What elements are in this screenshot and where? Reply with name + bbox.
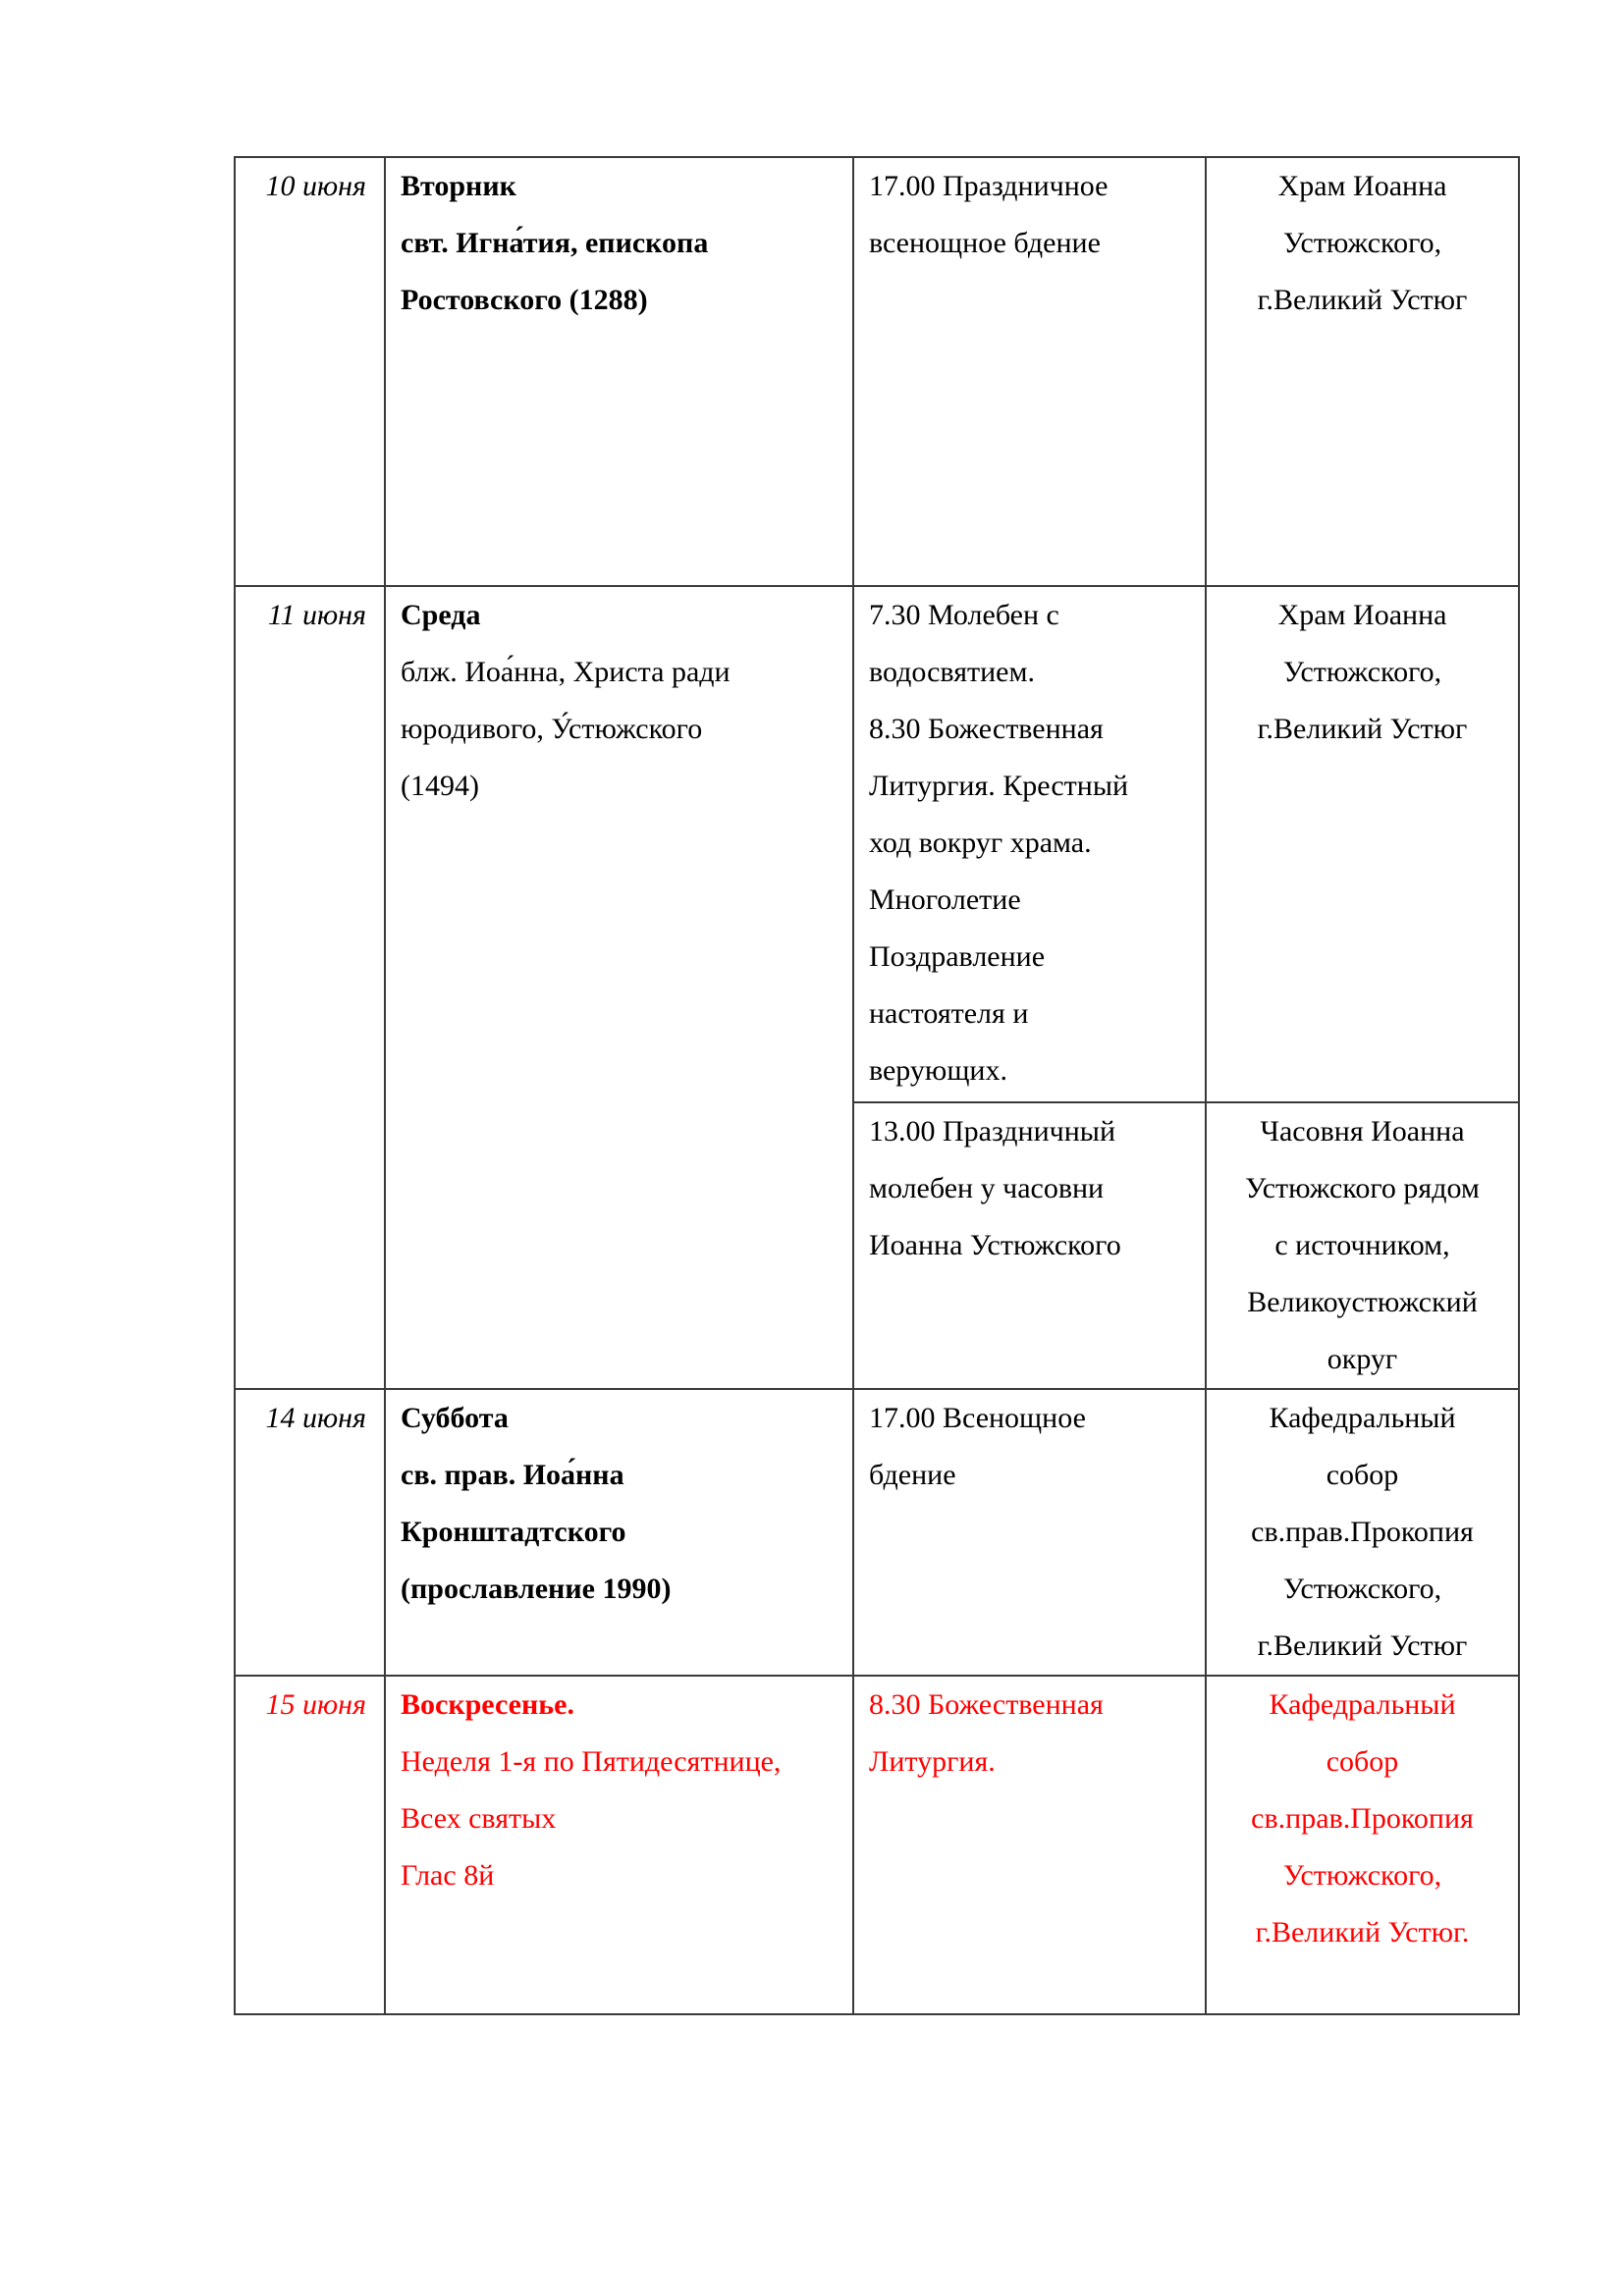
place-line: Часовня Иоанна [1213, 1103, 1512, 1160]
service-line: Поздравление [869, 929, 1195, 986]
service-line: Литургия. Крестный [869, 758, 1195, 815]
weekday: Вторник [401, 158, 840, 215]
day-cell: Вторник свт. Игна́тия, епископа Ростовск… [385, 157, 853, 586]
place-line: г.Великий Устюг. [1213, 1904, 1512, 1961]
place-line: Устюжского, [1213, 1847, 1512, 1904]
saint-line: Ростовского (1288) [401, 272, 840, 329]
saint-line: блж. Иоа́нна, Христа ради [401, 644, 840, 701]
service-line: Литургия. [869, 1734, 1195, 1790]
date-text: 15 июня [242, 1677, 366, 1734]
place-line: с источником, [1213, 1217, 1512, 1274]
date-text: 11 июня [242, 587, 366, 644]
service-line: настоятеля и [869, 986, 1195, 1042]
service-line: 17.00 Всенощное [869, 1390, 1195, 1447]
place-line: г.Великий Устюг [1213, 701, 1512, 758]
service-line: Многолетие [869, 872, 1195, 929]
date-cell: 11 июня [235, 586, 385, 1389]
place-cell: Храм Иоанна Устюжского, г.Великий Устюг [1206, 157, 1519, 586]
place-line: Устюжского, [1213, 215, 1512, 272]
service-line: 13.00 Праздничный [869, 1103, 1195, 1160]
table-row: 11 июня Среда блж. Иоа́нна, Христа ради … [235, 586, 1519, 1102]
service-cell: 13.00 Праздничный молебен у часовни Иоан… [853, 1102, 1206, 1389]
service-cell: 17.00 Праздничное всенощное бдение [853, 157, 1206, 586]
place-line: Кафедральный [1213, 1677, 1512, 1734]
service-cell: 17.00 Всенощное бдение [853, 1389, 1206, 1676]
place-line: собор [1213, 1447, 1512, 1504]
place-line: Устюжского рядом [1213, 1160, 1512, 1217]
service-line: водосвятием. [869, 644, 1195, 701]
date-cell: 14 июня [235, 1389, 385, 1676]
place-line: собор [1213, 1734, 1512, 1790]
place-line: св.прав.Прокопия [1213, 1790, 1512, 1847]
weekday: Суббота [401, 1390, 840, 1447]
table-row-sunday: 15 июня Воскресенье. Неделя 1-я по Пятид… [235, 1676, 1519, 2014]
saint-line: (прославление 1990) [401, 1561, 840, 1618]
saint-line: юродивого, У́стюжского [401, 701, 840, 758]
service-cell: 7.30 Молебен с водосвятием. 8.30 Божеств… [853, 586, 1206, 1102]
place-line: Устюжского, [1213, 1561, 1512, 1618]
saint-line: свт. Игна́тия, епископа [401, 215, 840, 272]
service-line: 7.30 Молебен с [869, 587, 1195, 644]
service-cell: 8.30 Божественная Литургия. [853, 1676, 1206, 2014]
service-line: Иоанна Устюжского [869, 1217, 1195, 1274]
date-cell: 15 июня [235, 1676, 385, 2014]
saint-line: Всех святых [401, 1790, 840, 1847]
service-line: бдение [869, 1447, 1195, 1504]
weekday: Воскресенье. [401, 1677, 840, 1734]
table-row: 10 июня Вторник свт. Игна́тия, епископа … [235, 157, 1519, 586]
place-line: г.Великий Устюг [1213, 1618, 1512, 1675]
table-row: 14 июня Суббота св. прав. Иоа́нна Кроншт… [235, 1389, 1519, 1676]
saint-line: св. прав. Иоа́нна [401, 1447, 840, 1504]
weekday: Среда [401, 587, 840, 644]
place-line: округ [1213, 1331, 1512, 1388]
place-line: Храм Иоанна [1213, 587, 1512, 644]
service-line: 8.30 Божественная [869, 701, 1195, 758]
place-cell: Кафедральный собор св.прав.Прокопия Устю… [1206, 1676, 1519, 2014]
place-line: г.Великий Устюг [1213, 272, 1512, 329]
saint-line: Кронштадтского [401, 1504, 840, 1561]
date-cell: 10 июня [235, 157, 385, 586]
service-line: ход вокруг храма. [869, 815, 1195, 872]
place-cell: Храм Иоанна Устюжского, г.Великий Устюг [1206, 586, 1519, 1102]
place-line: Великоустюжский [1213, 1274, 1512, 1331]
service-line: 17.00 Праздничное [869, 158, 1195, 215]
day-cell: Суббота св. прав. Иоа́нна Кронштадтского… [385, 1389, 853, 1676]
saint-line: Неделя 1-я по Пятидесятнице, [401, 1734, 840, 1790]
document-page: 10 июня Вторник свт. Игна́тия, епископа … [0, 0, 1624, 2296]
service-line: всенощное бдение [869, 215, 1195, 272]
place-line: Храм Иоанна [1213, 158, 1512, 215]
service-line: 8.30 Божественная [869, 1677, 1195, 1734]
place-line: св.прав.Прокопия [1213, 1504, 1512, 1561]
saint-line: (1494) [401, 758, 840, 815]
date-text: 10 июня [242, 158, 366, 215]
day-cell: Среда блж. Иоа́нна, Христа ради юродивог… [385, 586, 853, 1389]
day-cell: Воскресенье. Неделя 1-я по Пятидесятнице… [385, 1676, 853, 2014]
saint-line: Глас 8й [401, 1847, 840, 1904]
date-text: 14 июня [242, 1390, 366, 1447]
schedule-table: 10 июня Вторник свт. Игна́тия, епископа … [234, 156, 1520, 2015]
place-cell: Кафедральный собор св.прав.Прокопия Устю… [1206, 1389, 1519, 1676]
place-cell: Часовня Иоанна Устюжского рядом с источн… [1206, 1102, 1519, 1389]
service-line: молебен у часовни [869, 1160, 1195, 1217]
place-line: Кафедральный [1213, 1390, 1512, 1447]
place-line: Устюжского, [1213, 644, 1512, 701]
service-line: верующих. [869, 1042, 1195, 1099]
